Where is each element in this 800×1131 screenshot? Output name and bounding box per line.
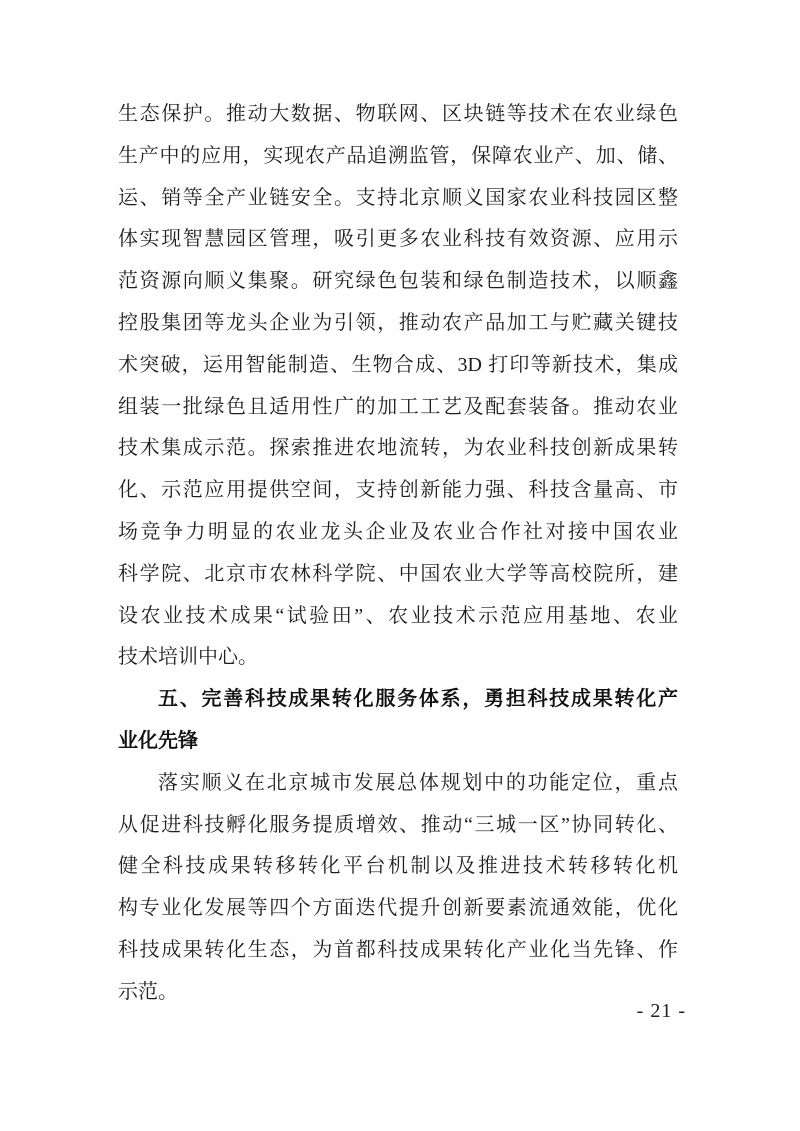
document-page: 生态保护。推动大数据、物联网、区块链等技术在农业绿色生产中的应用，实现农产品追溯… bbox=[0, 0, 800, 1131]
text-line: 组装一批绿色且适用性广的加工工艺及配套装备。推动农业 bbox=[118, 387, 678, 429]
text-line: 生产中的应用，实现农产品追溯监管，保障农业产、加、储、 bbox=[118, 136, 678, 178]
text-line: 范资源向顺义集聚。研究绿色包装和绿色制造技术，以顺鑫 bbox=[118, 261, 678, 303]
text-line: 技术集成示范。探索推进农地流转，为农业科技创新成果转 bbox=[118, 428, 678, 470]
section-heading-line: 业化先锋 bbox=[118, 721, 678, 763]
paragraph-agriculture-tech: 生态保护。推动大数据、物联网、区块链等技术在农业绿色生产中的应用，实现农产品追溯… bbox=[118, 94, 678, 679]
text-line: 落实顺义在北京城市发展总体规划中的功能定位，重点 bbox=[118, 763, 678, 805]
text-line: 设农业技术成果“试验田”、农业技术示范应用基地、农业 bbox=[118, 596, 678, 638]
text-line: 科学院、北京市农林科学院、中国农业大学等高校院所，建 bbox=[118, 554, 678, 596]
text-line: 健全科技成果转移转化平台机制以及推进技术转移转化机 bbox=[118, 846, 678, 888]
paragraph-transformation-service: 落实顺义在北京城市发展总体规划中的功能定位，重点从促进科技孵化服务提质增效、推动… bbox=[118, 763, 678, 1014]
text-line: 化、示范应用提供空间，支持创新能力强、科技含量高、市 bbox=[118, 470, 678, 512]
text-line: 术突破，运用智能制造、生物合成、3D 打印等新技术，集成 bbox=[118, 345, 678, 387]
text-line: 控股集团等龙头企业为引领，推动农产品加工与贮藏关键技 bbox=[118, 303, 678, 345]
page-number: - 21 - bbox=[118, 996, 686, 1026]
text-line: 运、销等全产业链安全。支持北京顺义国家农业科技园区整 bbox=[118, 178, 678, 220]
text-line: 生态保护。推动大数据、物联网、区块链等技术在农业绿色 bbox=[118, 94, 678, 136]
text-line: 从促进科技孵化服务提质增效、推动“三城一区”协同转化、 bbox=[118, 805, 678, 847]
section-heading-line: 五、完善科技成果转化服务体系，勇担科技成果转化产 bbox=[118, 679, 678, 721]
text-line: 科技成果转化生态，为首都科技成果转化产业化当先锋、作 bbox=[118, 930, 678, 972]
text-line: 构专业化发展等四个方面迭代提升创新要素流通效能，优化 bbox=[118, 888, 678, 930]
text-line: 场竞争力明显的农业龙头企业及农业合作社对接中国农业 bbox=[118, 512, 678, 554]
document-body: 生态保护。推动大数据、物联网、区块链等技术在农业绿色生产中的应用，实现农产品追溯… bbox=[118, 94, 678, 1014]
section-heading-5: 五、完善科技成果转化服务体系，勇担科技成果转化产业化先锋 bbox=[118, 679, 678, 763]
text-line: 技术培训中心。 bbox=[118, 637, 678, 679]
text-line: 体实现智慧园区管理，吸引更多农业科技有效资源、应用示 bbox=[118, 219, 678, 261]
